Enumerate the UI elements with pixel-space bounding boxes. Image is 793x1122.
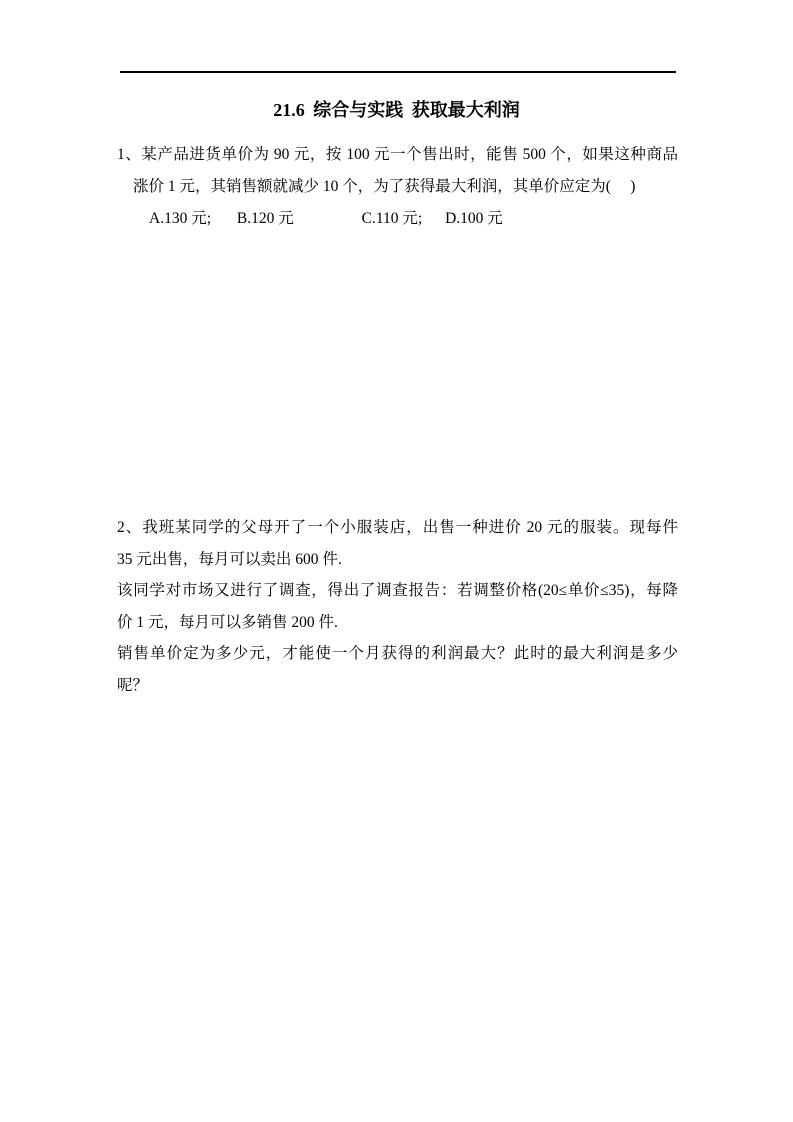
question-1-line-1: 1、某产品进货单价为 90 元，按 100 元一个售出时，能售 500 个，如果… xyxy=(117,139,678,171)
option-d: D.100 元 xyxy=(445,203,503,235)
question-1: 1、某产品进货单价为 90 元，按 100 元一个售出时，能售 500 个，如果… xyxy=(117,139,678,235)
question-2-line-3: 该同学对市场又进行了调查，得出了调查报告：若调整价格(20≤单价≤35)，每降 xyxy=(117,575,678,607)
question-2-line-1: 2、我班某同学的父母开了一个小服装店，出售一种进价 20 元的服装。现每件 xyxy=(117,512,678,544)
question-2-line-2: 35 元出售，每月可以卖出 600 件. xyxy=(117,544,678,576)
option-a: A.130 元; xyxy=(149,203,211,235)
worksheet-page: 21.6 综合与实践 获取最大利润 1、某产品进货单价为 90 元，按 100 … xyxy=(0,0,793,1122)
question-2-line-5: 销售单价定为多少元，才能使一个月获得的利润最大？此时的最大利润是多少 xyxy=(117,638,678,670)
question-2: 2、我班某同学的父母开了一个小服装店，出售一种进价 20 元的服装。现每件 35… xyxy=(117,512,678,702)
question-1-line-2: 涨价 1 元，其销售额就减少 10 个，为了获得最大利润，其单价应定为( ) xyxy=(133,171,678,203)
question-2-line-6: 呢？ xyxy=(117,670,678,702)
option-b: B.120 元 xyxy=(237,203,294,235)
option-c: C.110 元; xyxy=(362,203,423,235)
page-title: 21.6 综合与实践 获取最大利润 xyxy=(0,96,793,122)
question-2-line-4: 价 1 元，每月可以多销售 200 件. xyxy=(117,607,678,639)
header-rule xyxy=(120,71,676,73)
question-1-options: A.130 元; B.120 元 C.110 元; D.100 元 xyxy=(117,203,678,235)
